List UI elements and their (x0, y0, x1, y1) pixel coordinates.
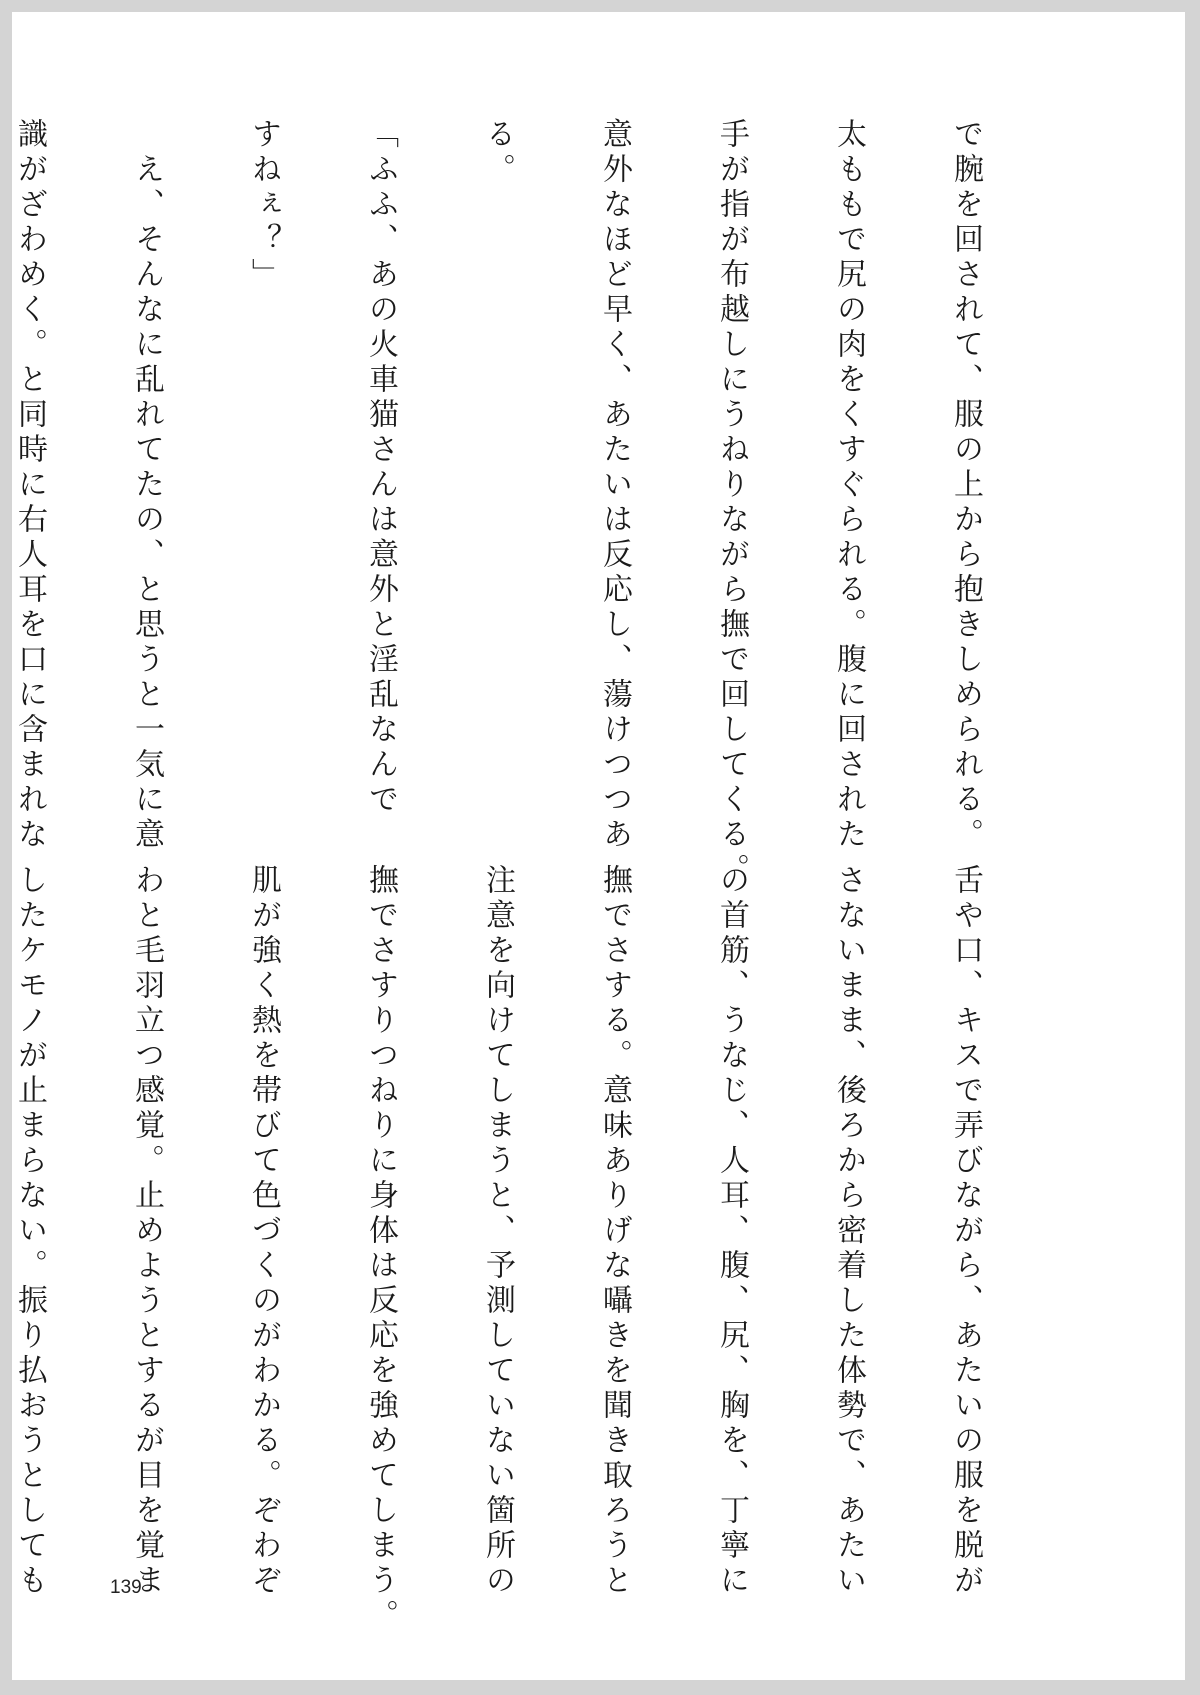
book-page: で腕を回されて、服の上から抱きしめられる。 太ももで尻の肉をくすぐられる。腹に回… (12, 12, 1185, 1680)
text-column: え、そんなに乱れてたの、と思うと一気に意 (127, 118, 166, 778)
text-column: 識がざわめく。と同時に右人耳を口に含まれな (10, 118, 49, 778)
text-column: る。 (478, 118, 517, 778)
text-column: 肌が強く熱を帯びて色づくのがわかる。ぞわぞ (244, 864, 283, 1524)
page-number: 139 (110, 1577, 142, 1599)
lower-text-block: 舌や口、キスで弄びながら、あたいの服を脱が さないまま、後ろから密着した体勢で、… (120, 864, 1063, 1524)
upper-text-block: で腕を回されて、服の上から抱きしめられる。 太ももで尻の肉をくすぐられる。腹に回… (120, 118, 1063, 778)
text-column: 撫でさすりつねりに身体は反応を強めてしまう。 (361, 864, 400, 1524)
text-column: 撫でさする。意味ありげな囁きを聞き取ろうと (595, 864, 634, 1524)
text-column: 舌や口、キスで弄びながら、あたいの服を脱が (946, 864, 985, 1524)
text-column: すねぇ？」 (244, 118, 283, 778)
text-column: 太ももで尻の肉をくすぐられる。腹に回された (829, 118, 868, 778)
text-column: さないまま、後ろから密着した体勢で、あたい (829, 864, 868, 1524)
text-column: わと毛羽立つ感覚。止めようとするが目を覚ま (127, 864, 166, 1524)
text-column: 注意を向けてしまうと、予測していない箇所の (478, 864, 517, 1524)
text-column: 意外なほど早く、あたいは反応し、蕩けつつあ (595, 118, 634, 778)
text-column: の首筋、うなじ、人耳、腹、尻、胸を、丁寧に (712, 864, 751, 1524)
text-column: で腕を回されて、服の上から抱きしめられる。 (946, 118, 985, 778)
text-column: 「ふふ、あの火車猫さんは意外と淫乱なんで (361, 118, 400, 778)
text-column: したケモノが止まらない。振り払おうとしても (10, 864, 49, 1524)
text-column: 手が指が布越しにうねりながら撫で回してくる。 (712, 118, 751, 778)
